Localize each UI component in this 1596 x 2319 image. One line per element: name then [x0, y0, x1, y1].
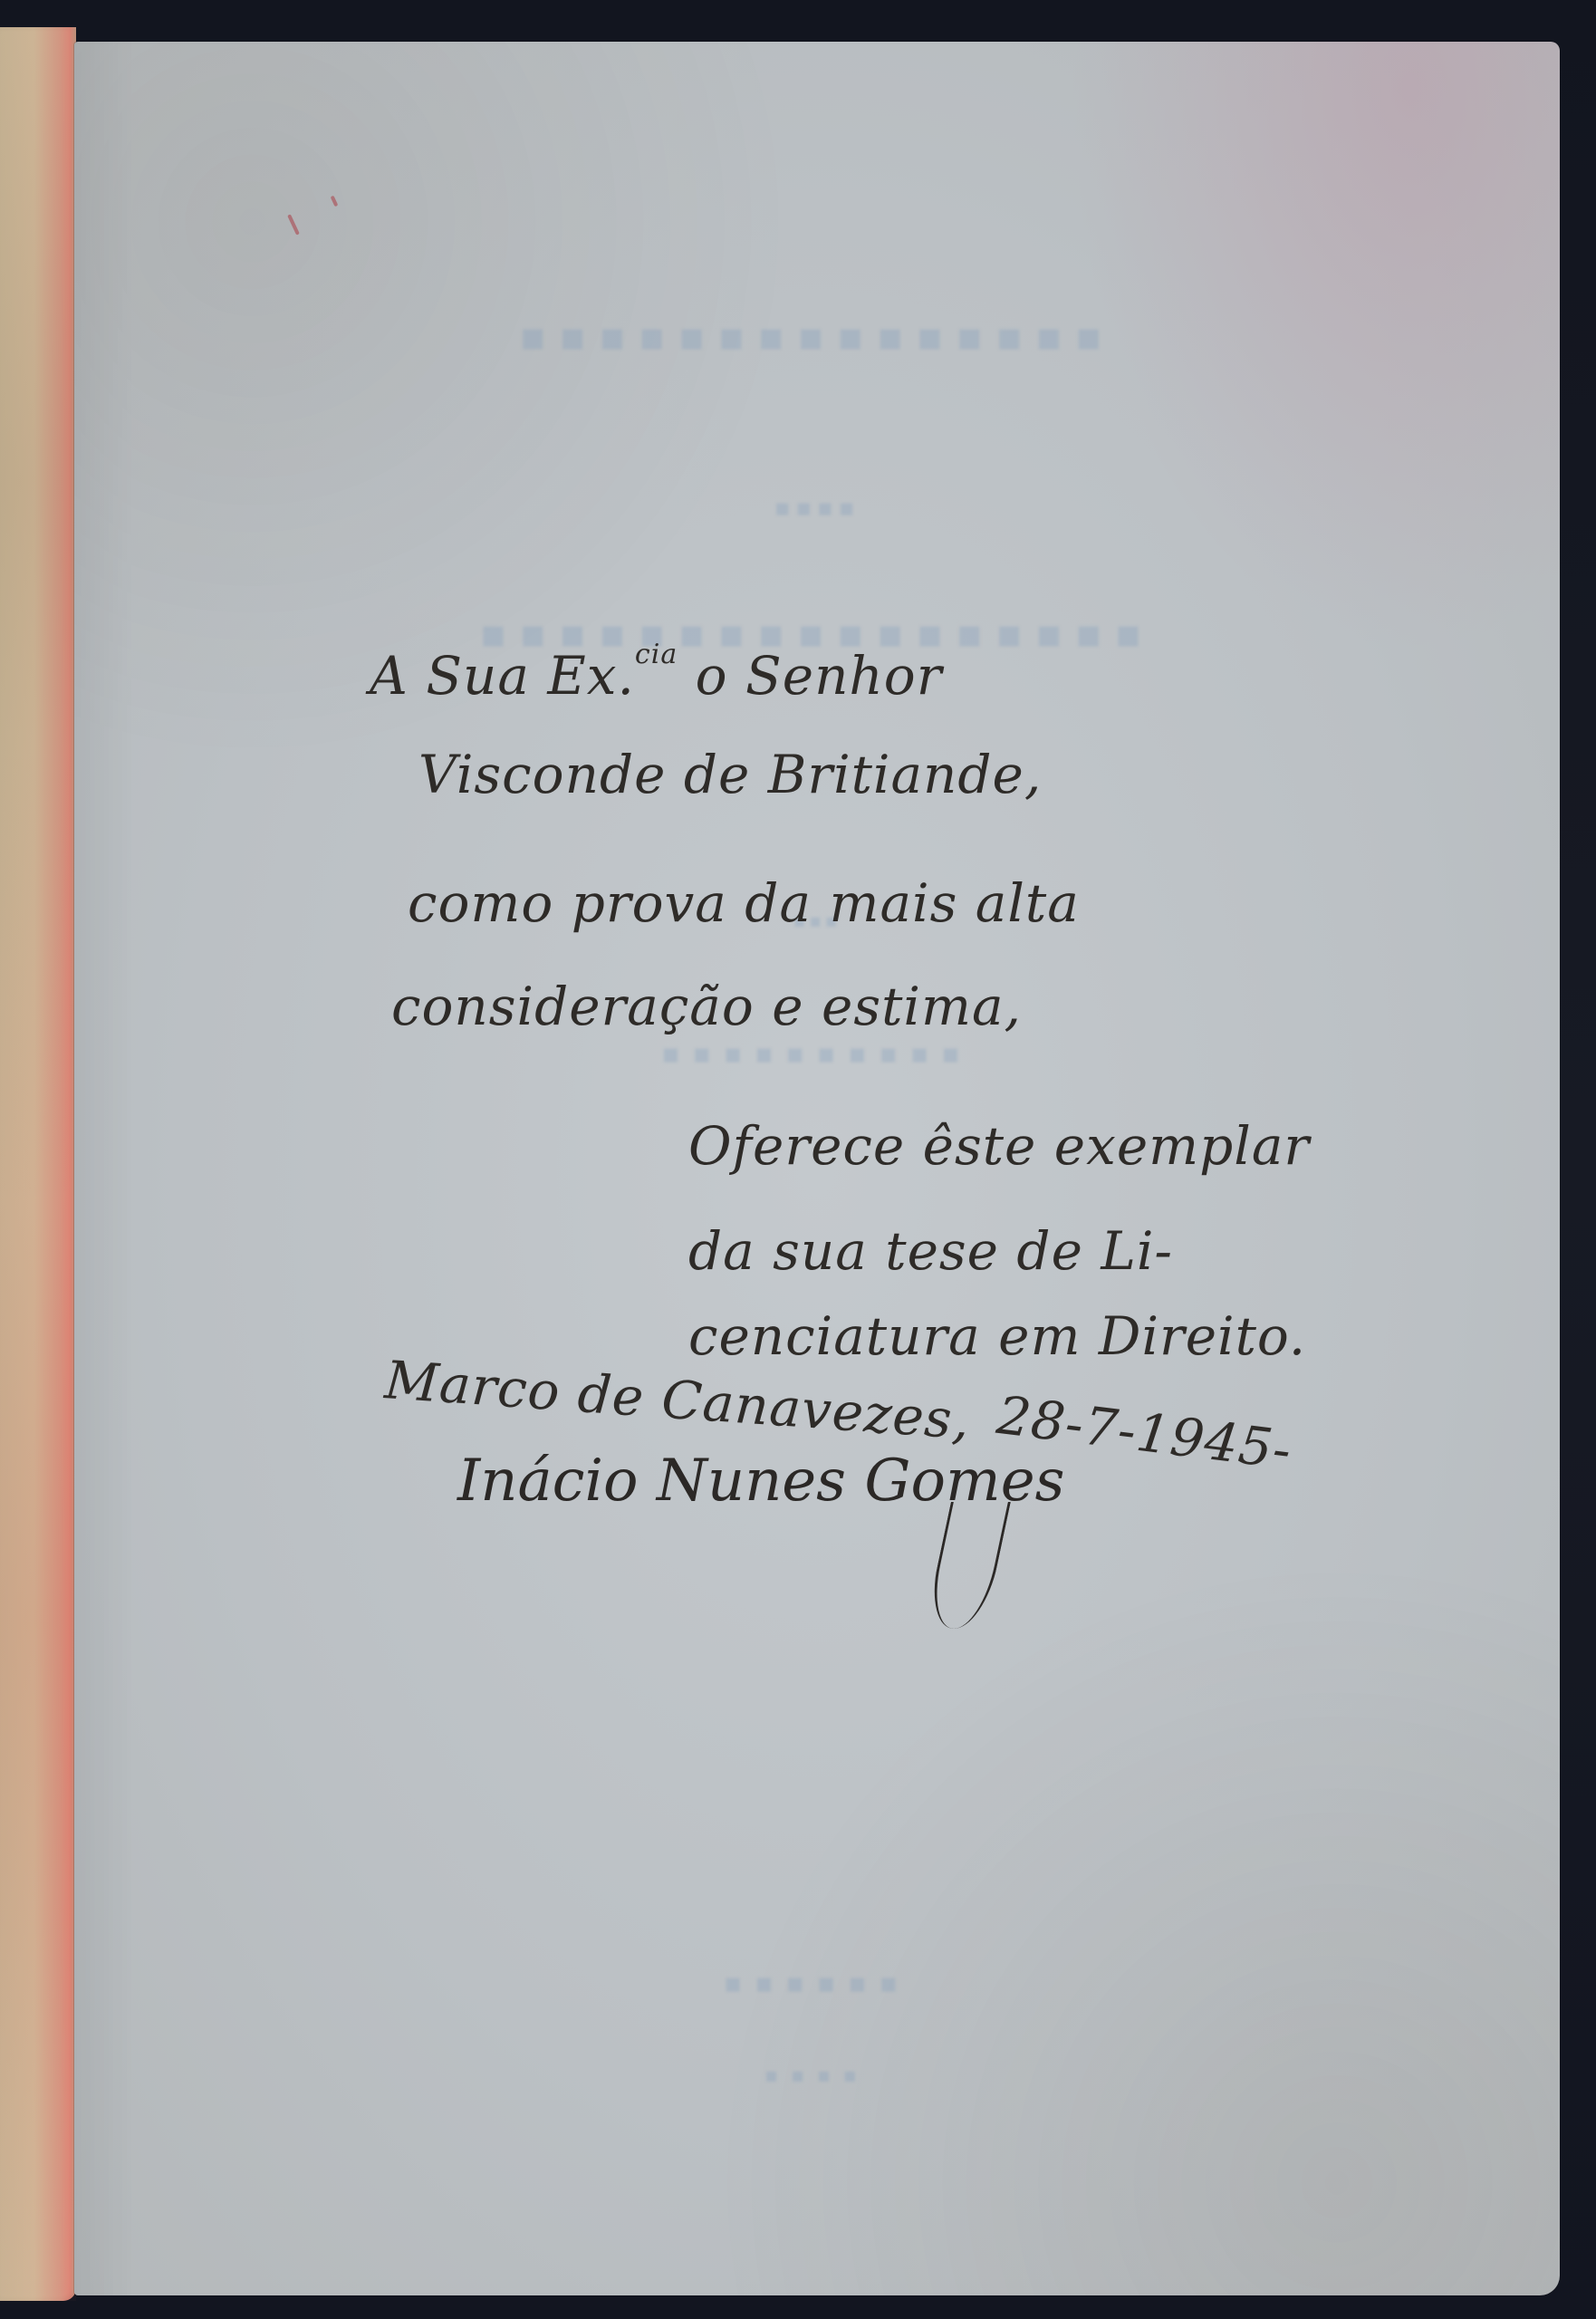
dedication-line-6: da sua tese de Li-	[688, 1225, 1173, 1277]
dedication-line-7: cenciatura em Direito.	[688, 1310, 1306, 1362]
bleed-through-city-line: ▪▪▪▪▪▪	[74, 1968, 1560, 1999]
red-mark	[287, 214, 300, 235]
bleed-through-name-line: ▪▪▪▪▪▪▪▪▪▪	[74, 1038, 1560, 1070]
dedication-text: A Sua Ex.	[370, 645, 635, 707]
photo-scene: ▪▪▪▪▪▪▪▪▪▪▪▪▪▪▪ ▪▪▪▪ ▪▪▪▪▪▪▪▪▪▪▪▪▪▪▪▪▪ ▪…	[0, 0, 1596, 2319]
bleed-through-title-line: ▪▪▪▪▪▪▪▪▪▪▪▪▪▪▪	[74, 313, 1560, 360]
red-mark	[331, 196, 339, 207]
signature: Inácio Nunes Gomes	[457, 1448, 1064, 1515]
superscript-abbrev: cia	[635, 639, 678, 670]
bleed-through-year-line: ▪▪▪▪	[74, 2064, 1560, 2087]
book-spine-edge	[0, 27, 76, 2301]
dedication-line-5: Oferece êste exemplar	[688, 1120, 1310, 1172]
dedication-line-2: Visconde de Britiande,	[418, 748, 1042, 801]
bleed-through-small-line: ▪▪▪▪	[74, 495, 1560, 522]
dedication-line-4: consideração e estima,	[391, 980, 1022, 1033]
dedication-text: o Senhor	[678, 645, 942, 707]
dedication-line-1: A Sua Ex.cia o Senhor	[370, 641, 942, 702]
dedication-line-3: como prova da mais alta	[408, 877, 1080, 929]
